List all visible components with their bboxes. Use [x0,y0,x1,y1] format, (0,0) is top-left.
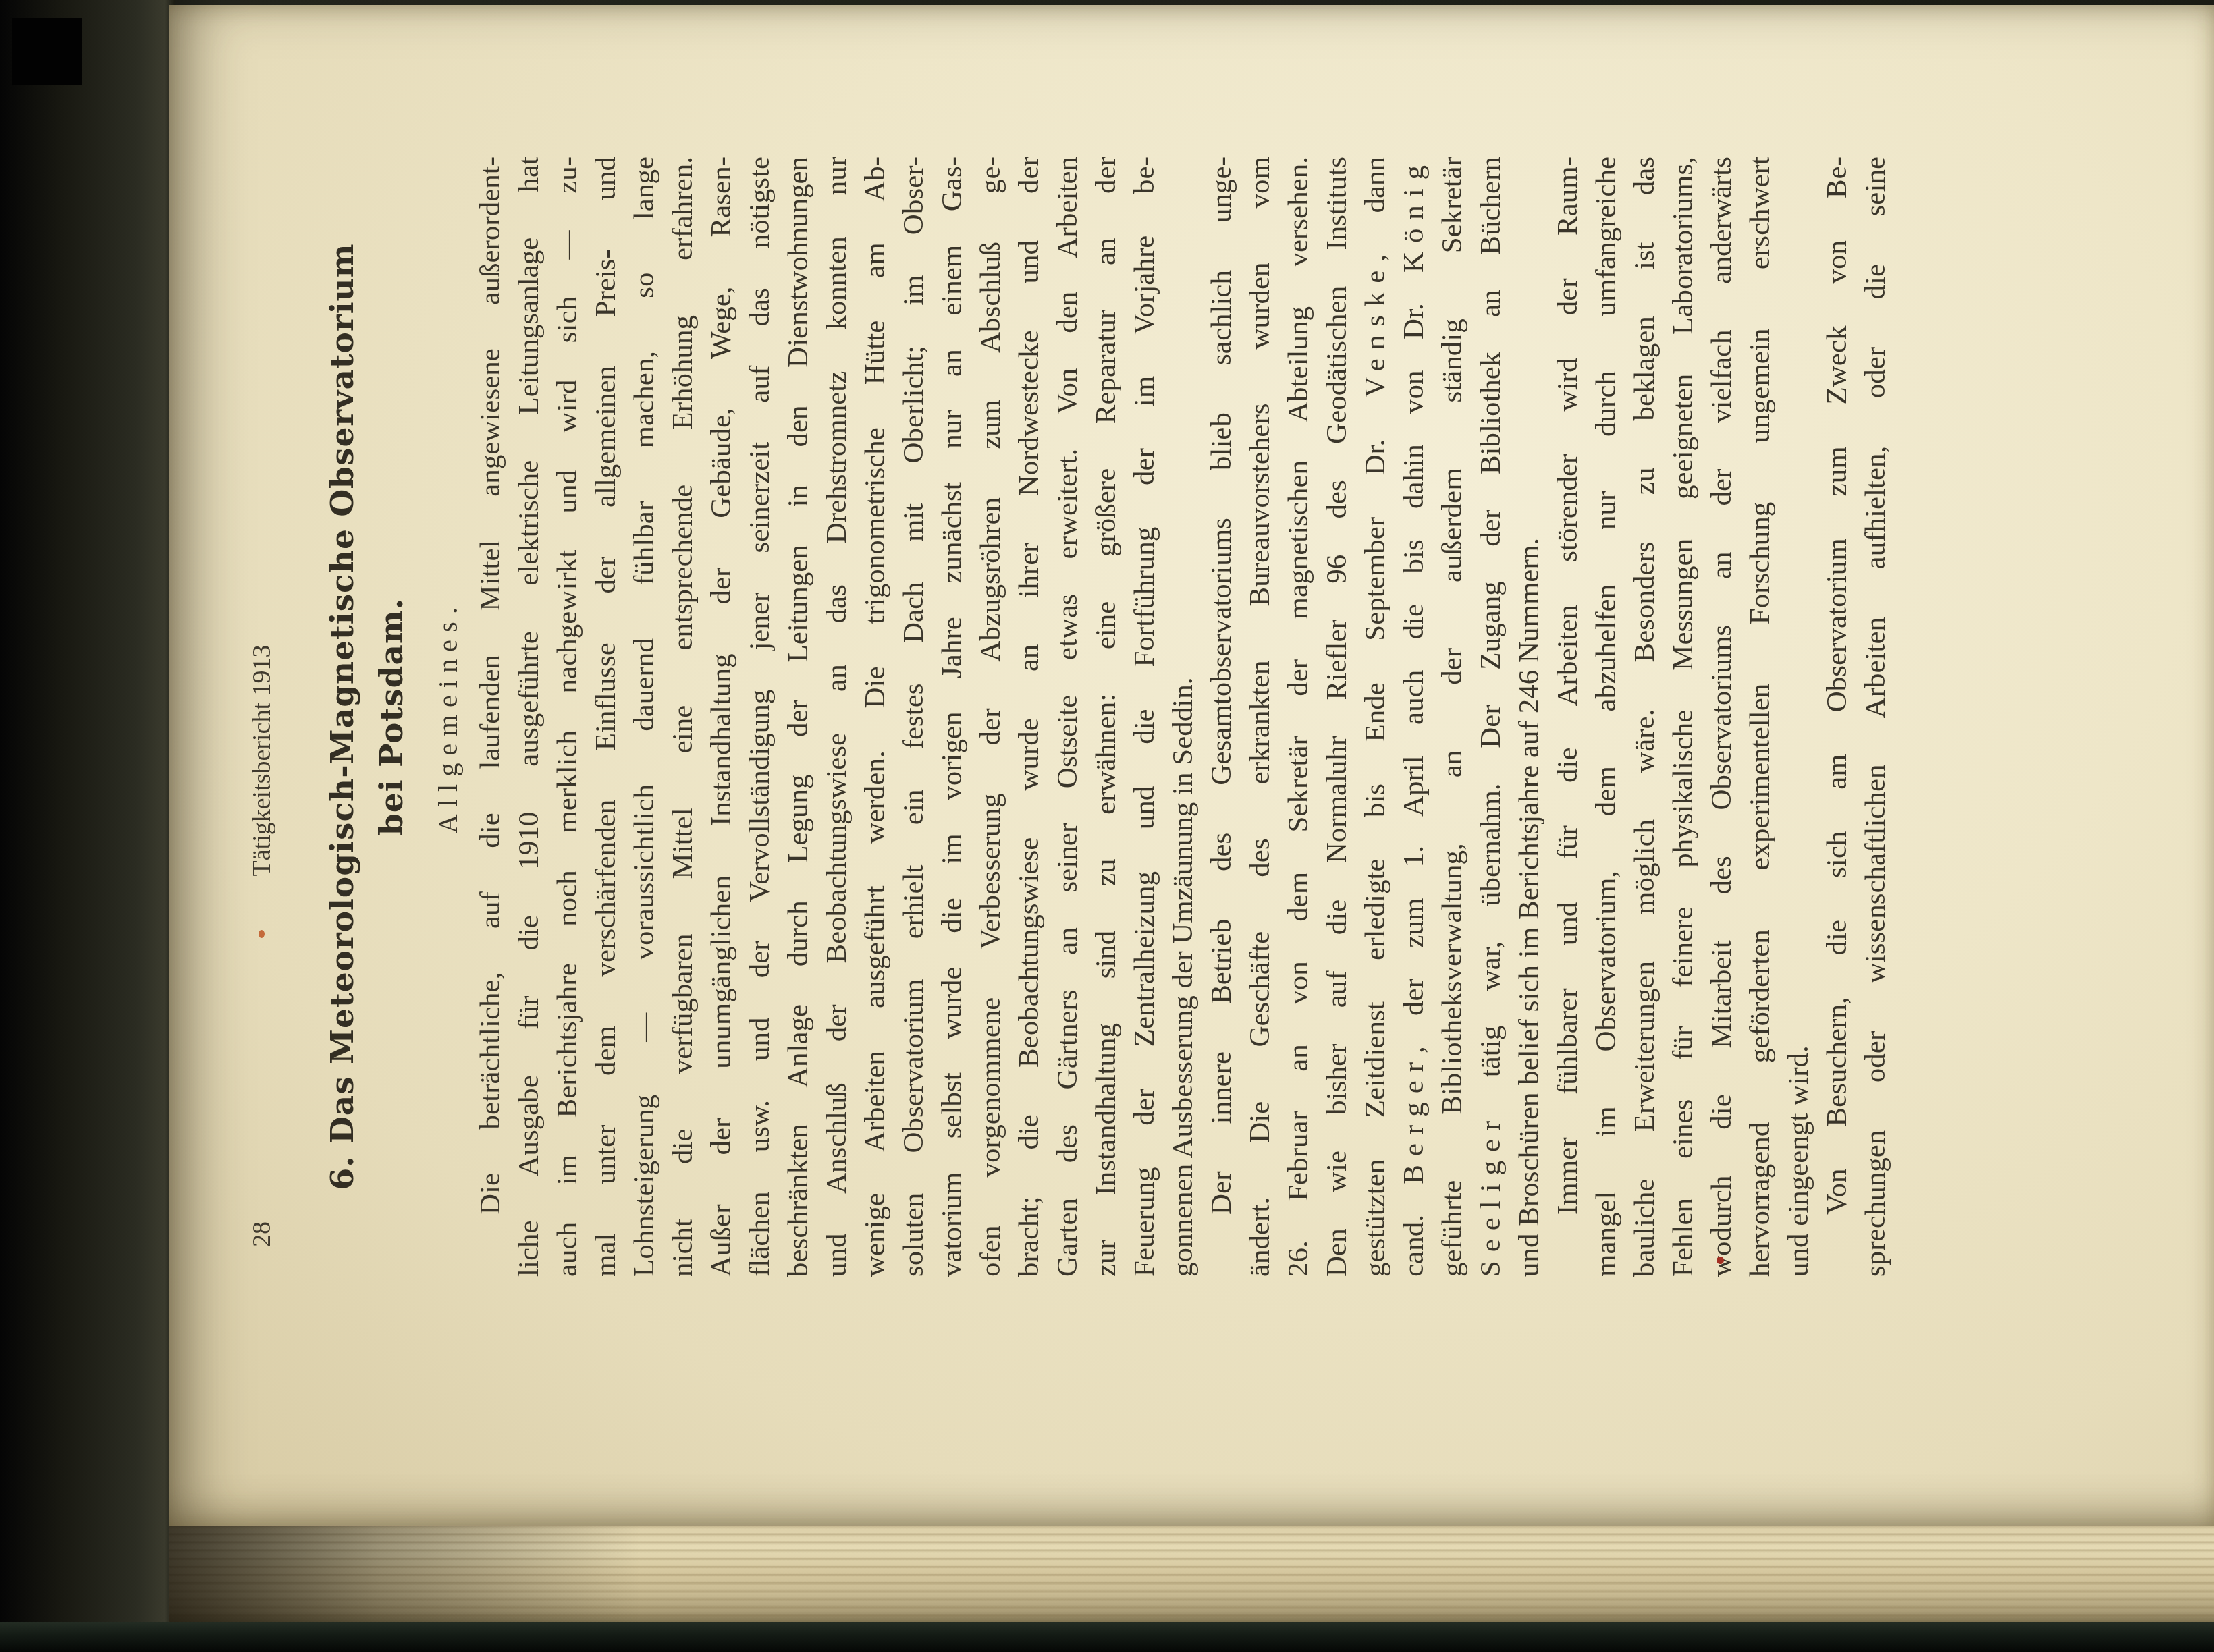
text-line: wenige Arbeiten ausgeführt werden. Die t… [856,157,894,1277]
text-line: mal unter dem verschärfenden Einflusse d… [587,157,625,1277]
letterspaced-name: Venske [1359,262,1391,398]
text-line: Immer fühlbarer und für die Arbeiten stö… [1548,157,1587,1277]
book-cover-bottom [0,1622,2214,1652]
text-line: beschränkten Anlage durch Legung der Lei… [779,157,817,1277]
running-header-text: Tätigkeitsbericht 1913 [247,244,277,1277]
text-line: ofen vorgenommene Verbesserung der Abzug… [971,157,1010,1277]
text-line: sprechungen oder wissenschaftlichen Arbe… [1856,157,1895,1277]
text-line: mangel im Observatorium, dem abzuhelfen … [1587,157,1625,1277]
letterspaced-name: Seeliger [1475,1112,1507,1277]
letterspaced-name: König [1398,157,1430,273]
text-line: Außer der unumgänglichen Instandhaltung … [702,157,740,1277]
text-line: gonnenen Ausbesserung der Umzäunung in S… [1164,157,1202,1277]
text-line: wodurch die Mitarbeit des Observatoriums… [1702,157,1741,1277]
text-line: hervorragend geförderten experimentellen… [1741,157,1779,1277]
text-line: und Anschluß der Beobachtungswiese an da… [817,157,856,1277]
text-line: gestützten Zeitdienst erledigte bis Ende… [1356,157,1395,1277]
text-line: Den wie bisher auf die Normaluhr Riefler… [1318,157,1356,1277]
text-line: nicht die verfügbaren Mittel eine entspr… [664,157,702,1277]
text-line: Die beträchtliche, auf die laufenden Mit… [471,157,510,1277]
chapter-title-line1: 6. Das Meteorologisch-Magnetische Observ… [324,157,361,1277]
text-line: Garten des Gärtners an seiner Ostseite e… [1048,157,1087,1277]
scanner-corner-notch [12,18,82,85]
text-line: soluten Observatorium erhielt ein festes… [894,157,933,1277]
text-line: Lohnsteigerung — voraussichtlich dauernd… [625,157,664,1277]
text-line: flächen usw. und der Vervollständigung j… [740,157,779,1277]
chapter-title-line2: bei Potsdam. [373,157,410,1277]
scanned-book-photo: 28 Tätigkeitsbericht 1913 6. Das Meteoro… [0,0,2214,1652]
page-content: 28 Tätigkeitsbericht 1913 6. Das Meteoro… [169,8,2214,1526]
text-line: zur Instandhaltung sind zu erwähnen: ein… [1087,157,1125,1277]
text-line: ändert. Die Geschäfte des erkrankten Bur… [1241,157,1279,1277]
text-line: auch im Berichtsjahre noch merklich nach… [548,157,587,1277]
text-line: cand. Berger, der zum 1. April auch die … [1395,157,1433,1277]
text-line: vatorium selbst wurde die im vorigen Jah… [933,157,971,1277]
text-line: Von Besuchern, die sich am Observatorium… [1818,157,1856,1277]
page-stack-shadow [169,1526,641,1622]
section-subheading: Allgemeines. [432,157,464,1277]
paper-speck [1717,1257,1724,1264]
text-line: Feuerung der Zentralheizung und die Fort… [1125,157,1164,1277]
text-line: bauliche Erweiterungen möglich wäre. Bes… [1625,157,1664,1277]
text-line: und Broschüren belief sich im Berichtsja… [1510,157,1548,1277]
paper-speck [259,930,265,938]
body-text: Die beträchtliche, auf die laufenden Mit… [471,157,1895,1277]
book-spine [0,0,175,1652]
text-line: und eingeengt wird. [1779,157,1818,1277]
letterspaced-name: Berger [1398,1053,1430,1184]
text-line: Fehlen eines für feinere physikalische M… [1664,157,1702,1277]
running-header: 28 Tätigkeitsbericht 1913 [247,157,282,1277]
text-line: geführte Bibliotheksverwaltung, an der a… [1433,157,1471,1277]
text-line: liche Ausgabe für die 1910 ausgeführte e… [510,157,548,1277]
text-line: Seeliger tätig war, übernahm. Der Zugang… [1471,157,1510,1277]
text-line: Der innere Betrieb des Gesamtobservatori… [1202,157,1241,1277]
text-line: 26. Februar an von dem Sekretär der magn… [1279,157,1318,1277]
text-line: bracht; die Beobachtungswiese wurde an i… [1010,157,1048,1277]
